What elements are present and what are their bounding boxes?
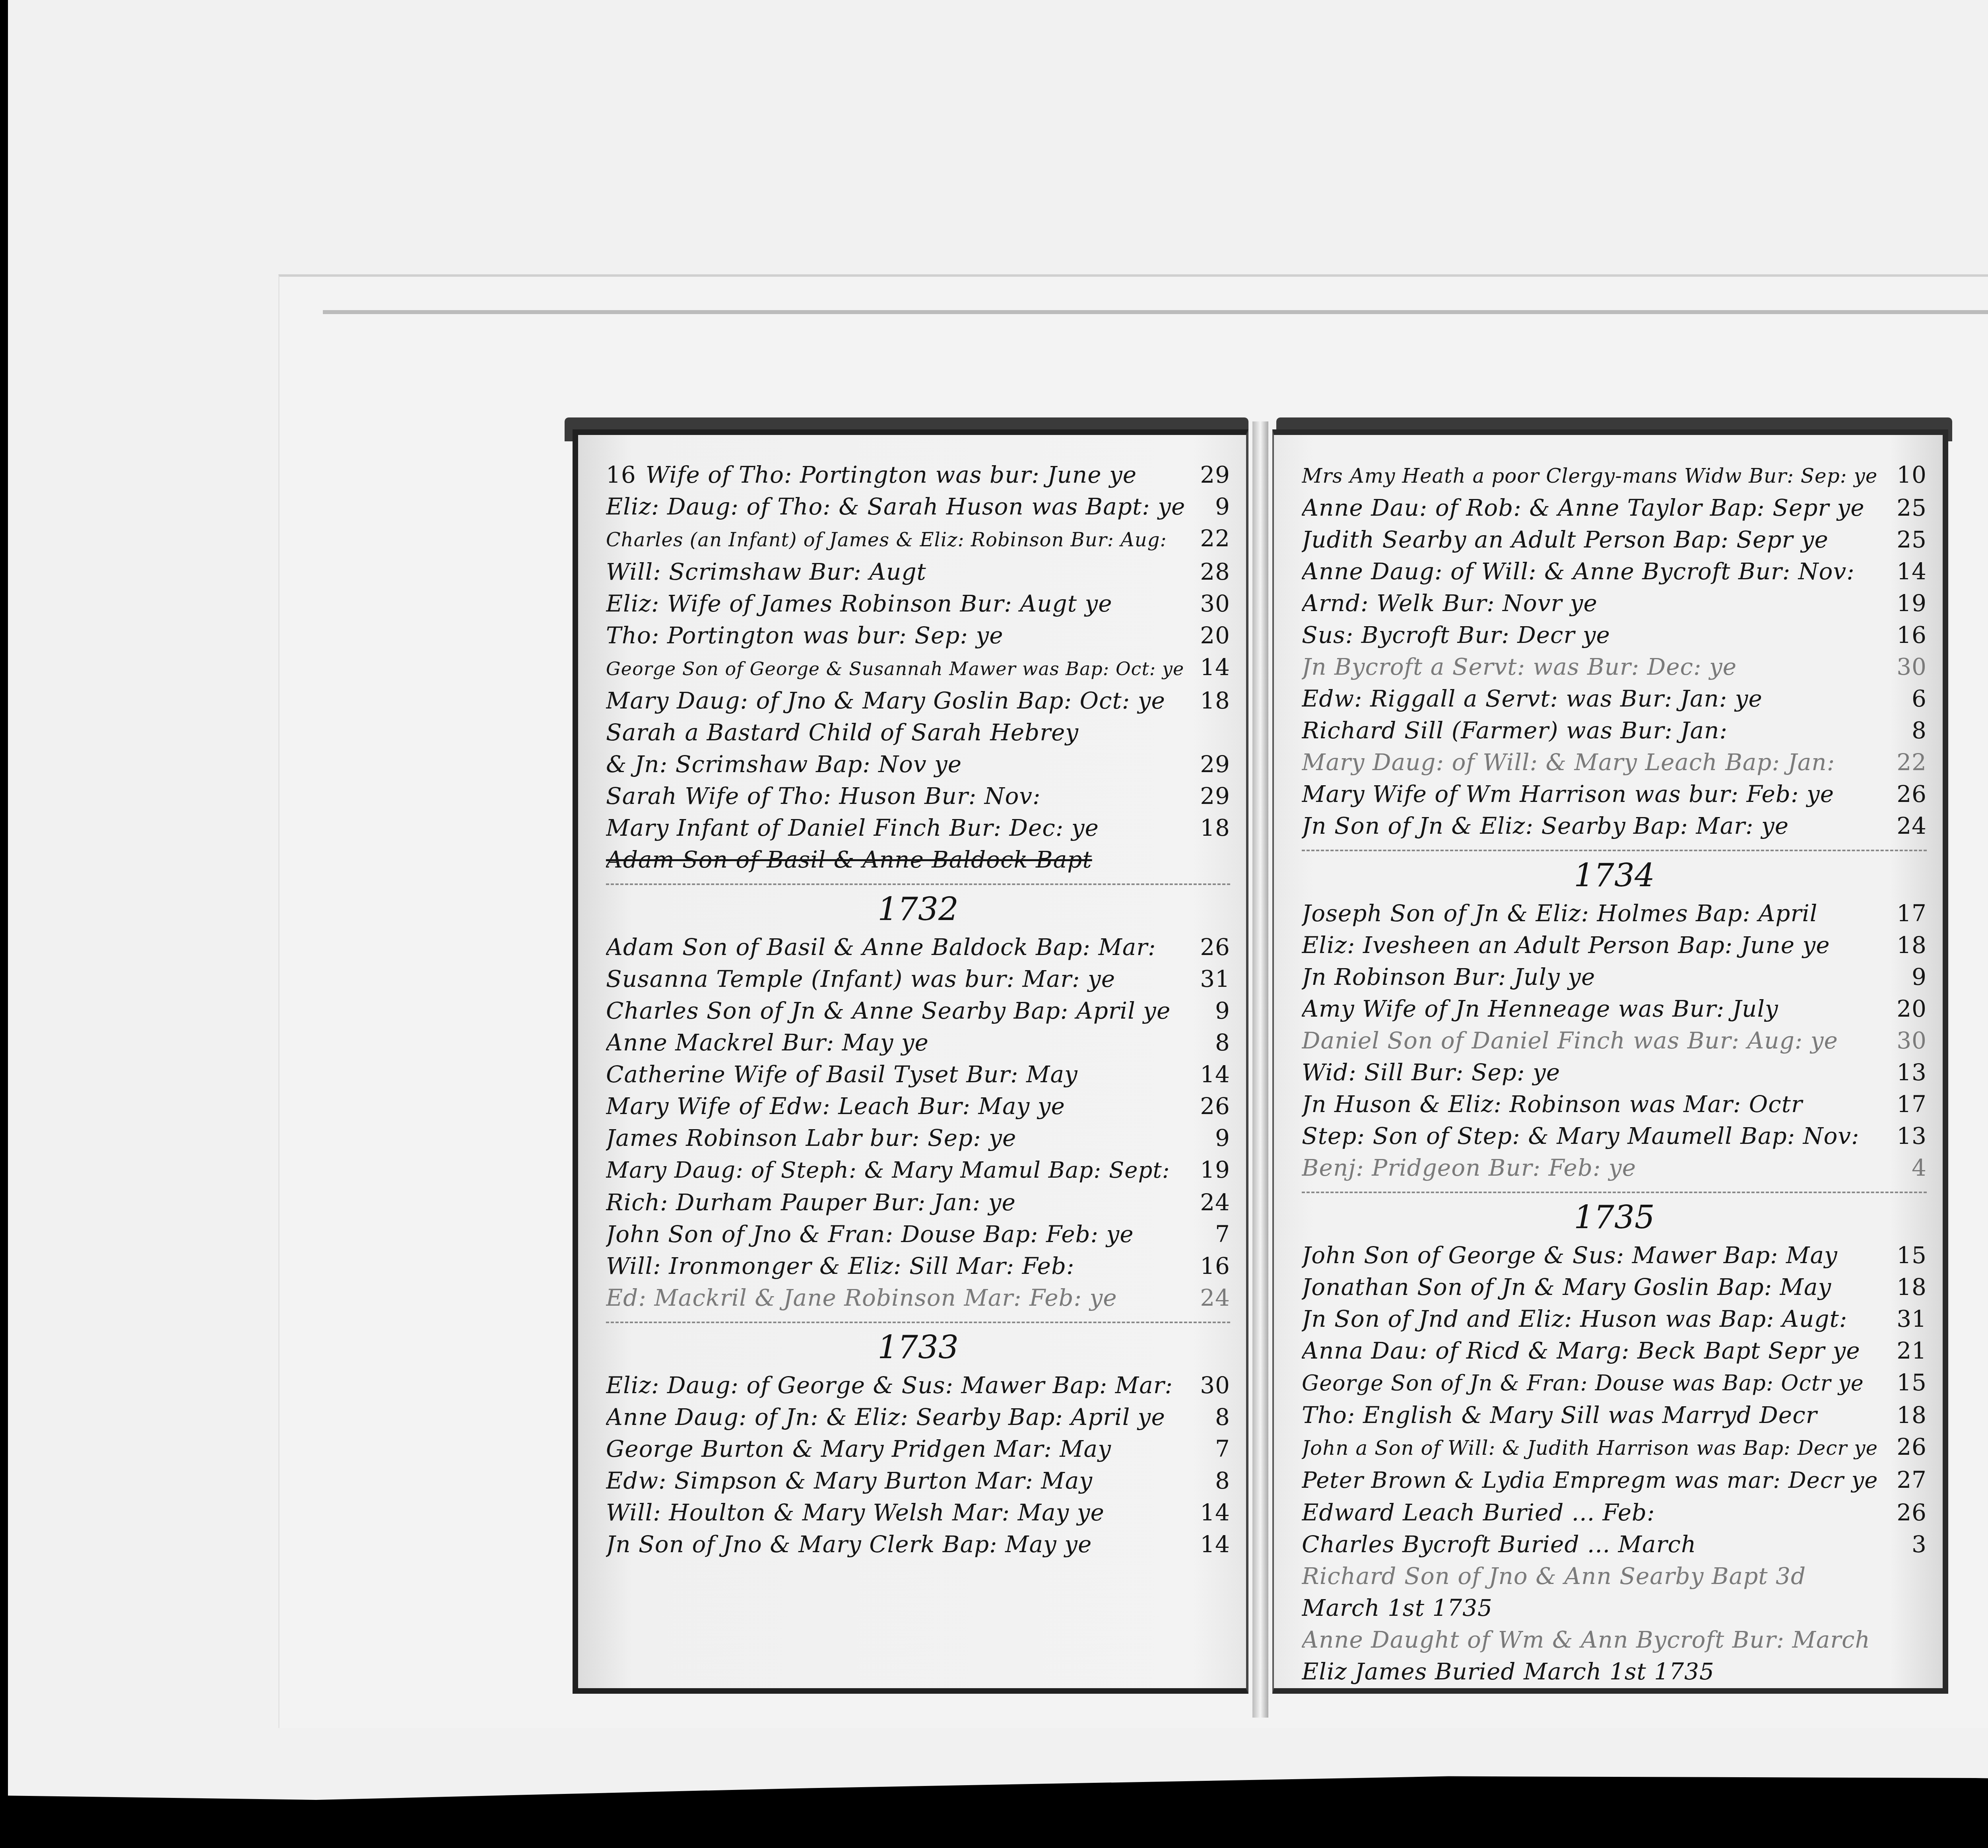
register-entry: Will: Ironmonger & Eliz: Sill Mar: Feb:1…	[606, 1250, 1230, 1282]
entry-day: 8	[1186, 1027, 1230, 1058]
register-entry: Anne Daught of Wm & Ann Bycroft Bur: Mar…	[1302, 1624, 1927, 1656]
entry-text: Jn Son of Jn & Eliz: Searby Bap: Mar: ye	[1302, 810, 1883, 842]
entry-text: Jn Bycroft a Servt: was Bur: Dec: ye	[1302, 651, 1883, 683]
entry-day: 29	[1186, 459, 1230, 491]
register-entry: Anna Dau: of Ricd & Marg: Beck Bapt Sepr…	[1302, 1335, 1927, 1367]
entry-day: 14	[1186, 1497, 1230, 1528]
entry-day: 22	[1883, 746, 1927, 778]
entry-day: 9	[1186, 995, 1230, 1027]
entry-text: Jonathan Son of Jn & Mary Goslin Bap: Ma…	[1302, 1271, 1883, 1303]
entry-day: 24	[1186, 1186, 1230, 1218]
entry-text: Arnd: Welk Bur: Novr ye	[1302, 587, 1883, 619]
entry-day: 18	[1883, 929, 1927, 961]
entry-text: Susanna Temple (Infant) was bur: Mar: ye	[606, 963, 1186, 995]
book-spine	[1252, 421, 1268, 1718]
entry-day: 26	[1883, 1431, 1927, 1463]
entry-text: Anna Dau: of Ricd & Marg: Beck Bapt Sepr…	[1302, 1335, 1883, 1367]
register-entry: & Jn: Scrimshaw Bap: Nov ye29	[606, 748, 1230, 780]
entry-day: 21	[1883, 1335, 1927, 1367]
entry-day: 14	[1186, 651, 1230, 683]
entry-day: 6	[1883, 683, 1927, 714]
register-entry: Eliz: Ivesheen an Adult Person Bap: June…	[1302, 929, 1927, 961]
register-entry: Rich: Durham Pauper Bur: Jan: ye24	[606, 1186, 1230, 1218]
entry-text: Charles (an Infant) of James & Eliz: Rob…	[606, 524, 1186, 556]
register-entry: Benj: Pridgeon Bur: Feb: ye4	[1302, 1152, 1927, 1184]
register-entry: Mary Daug: of Will: & Mary Leach Bap: Ja…	[1302, 746, 1927, 778]
year-heading: 1733	[606, 1322, 1230, 1369]
entry-text: Charles Bycroft Buried ... March	[1302, 1528, 1883, 1560]
register-entry: Mary Wife of Wm Harrison was bur: Feb: y…	[1302, 778, 1927, 810]
entry-text: Rich: Durham Pauper Bur: Jan: ye	[606, 1186, 1186, 1218]
entry-day: 8	[1186, 1465, 1230, 1497]
register-entry: Mary Wife of Edw: Leach Bur: May ye26	[606, 1090, 1230, 1122]
register-entry: John a Son of Will: & Judith Harrison wa…	[1302, 1431, 1927, 1464]
entry-text: Eliz: Daug: of Tho: & Sarah Huson was Ba…	[606, 491, 1186, 522]
entry-day: 19	[1186, 1154, 1230, 1186]
entry-day: 18	[1883, 1399, 1927, 1431]
entry-day: 25	[1883, 524, 1927, 555]
entry-day: 26	[1883, 778, 1927, 810]
entry-day: 29	[1186, 780, 1230, 812]
entry-text: Judith Searby an Adult Person Bap: Sepr …	[1302, 524, 1883, 555]
register-entry: Will: Scrimshaw Bur: Augt28	[606, 556, 1230, 588]
entry-day: 18	[1883, 1271, 1927, 1303]
register-entry: Daniel Son of Daniel Finch was Bur: Aug:…	[1302, 1025, 1927, 1056]
entry-text: Mary Infant of Daniel Finch Bur: Dec: ye	[606, 812, 1186, 844]
entry-day: 22	[1186, 522, 1230, 554]
entry-text: Adam Son of Basil & Anne Baldock Bap: Ma…	[606, 931, 1186, 963]
entry-text: March 1st 1735	[1302, 1592, 1883, 1624]
entry-day: 17	[1883, 1088, 1927, 1120]
entry-text: James Robinson Labr bur: Sep: ye	[606, 1122, 1186, 1154]
entry-day: 7	[1186, 1218, 1230, 1250]
register-entry: John Son of Jno & Fran: Douse Bap: Feb: …	[606, 1218, 1230, 1250]
entry-text: Catherine Wife of Basil Tyset Bur: May	[606, 1058, 1186, 1090]
entry-text: Will: Ironmonger & Eliz: Sill Mar: Feb:	[606, 1250, 1186, 1282]
entry-text: Benj: Pridgeon Bur: Feb: ye	[1302, 1152, 1883, 1184]
register-entry: Jn Huson & Eliz: Robinson was Mar: Octr1…	[1302, 1088, 1927, 1120]
entry-day: 28	[1186, 556, 1230, 588]
entry-day: 31	[1883, 1303, 1927, 1335]
entry-day: 10	[1883, 459, 1927, 491]
entry-text: Anne Dau: of Rob: & Anne Taylor Bap: Sep…	[1302, 492, 1883, 524]
entry-text: Anne Mackrel Bur: May ye	[606, 1027, 1186, 1058]
entry-text: Richard Son of Jno & Ann Searby Bapt 3d	[1302, 1560, 1883, 1592]
entry-text: Edw: Simpson & Mary Burton Mar: May	[606, 1465, 1186, 1497]
register-entry: George Son of George & Susannah Mawer wa…	[606, 651, 1230, 685]
entry-text: Mary Daug: of Will: & Mary Leach Bap: Ja…	[1302, 746, 1883, 778]
register-entry: Joseph Son of Jn & Eliz: Holmes Bap: Apr…	[1302, 897, 1927, 929]
entry-text: Joseph Son of Jn & Eliz: Holmes Bap: Apr…	[1302, 897, 1883, 929]
register-entry: James Robinson Labr bur: Sep: ye9	[606, 1122, 1230, 1154]
register-entry: Arnd: Welk Bur: Novr ye19	[1302, 587, 1927, 619]
register-entry: Susanna Temple (Infant) was bur: Mar: ye…	[606, 963, 1230, 995]
register-entry: Amy Wife of Jn Henneage was Bur: July20	[1302, 993, 1927, 1025]
register-entry: Adam Son of Basil & Anne Baldock Bapt	[606, 844, 1230, 875]
entry-text: George Son of George & Susannah Mawer wa…	[606, 653, 1186, 685]
entry-day: 16	[1883, 619, 1927, 651]
register-entry: Eliz James Buried March 1st 1735	[1302, 1656, 1927, 1687]
entry-day: 26	[1186, 1090, 1230, 1122]
entry-day: 17	[1883, 897, 1927, 929]
entry-text: Edw: Riggall a Servt: was Bur: Jan: ye	[1302, 683, 1883, 714]
register-entry: Jn Bycroft a Servt: was Bur: Dec: ye30	[1302, 651, 1927, 683]
register-entry: Sarah a Bastard Child of Sarah Hebrey	[606, 716, 1230, 748]
register-entry: Jn Son of Jn & Eliz: Searby Bap: Mar: ye…	[1302, 810, 1927, 842]
register-entry: Wid: Sill Bur: Sep: ye13	[1302, 1056, 1927, 1088]
entry-day: 9	[1883, 961, 1927, 993]
entry-text: George Burton & Mary Pridgen Mar: May	[606, 1433, 1186, 1465]
entry-text: Anne Daug: of Will: & Anne Bycroft Bur: …	[1302, 555, 1883, 587]
register-entry: Tho: English & Mary Sill was Marryd Decr…	[1302, 1399, 1927, 1431]
entry-day: 26	[1883, 1497, 1927, 1528]
entry-text: Adam Son of Basil & Anne Baldock Bapt	[606, 844, 1186, 875]
register-entry: Mary Infant of Daniel Finch Bur: Dec: ye…	[606, 812, 1230, 844]
entry-text: Tho: English & Mary Sill was Marryd Decr	[1302, 1399, 1883, 1431]
year-heading: 1735	[1302, 1192, 1927, 1239]
entry-day: 24	[1883, 810, 1927, 842]
year-heading: 1732	[606, 883, 1230, 931]
entry-text: Eliz: Ivesheen an Adult Person Bap: June…	[1302, 929, 1883, 961]
entry-text: Wid: Sill Bur: Sep: ye	[1302, 1056, 1883, 1088]
scan-border-left	[0, 0, 8, 1848]
entry-text: Will: Houlton & Mary Welsh Mar: May ye	[606, 1497, 1186, 1528]
register-entry: Adam Son of Basil & Anne Baldock Bap: Ma…	[606, 931, 1230, 963]
entry-text: Tho: Portington was bur: Sep: ye	[606, 619, 1186, 651]
register-entry: Tho: Portington was bur: Sep: ye20	[606, 619, 1230, 651]
entry-day: 14	[1883, 555, 1927, 587]
register-entry: George Burton & Mary Pridgen Mar: May7	[606, 1433, 1230, 1465]
entry-text: Will: Scrimshaw Bur: Augt	[606, 556, 1186, 588]
register-entry: Jonathan Son of Jn & Mary Goslin Bap: Ma…	[1302, 1271, 1927, 1303]
entry-text: Mary Daug: of Steph: & Mary Mamul Bap: S…	[606, 1155, 1186, 1186]
register-entry: Anne Daug: of Will: & Anne Bycroft Bur: …	[1302, 555, 1927, 587]
entry-day: 25	[1883, 492, 1927, 524]
register-entry: Mary Daug: of Jno & Mary Goslin Bap: Oct…	[606, 685, 1230, 716]
register-entry: Anne Daug: of Jn: & Eliz: Searby Bap: Ap…	[606, 1401, 1230, 1433]
entry-day: 18	[1186, 812, 1230, 844]
entry-text: Richard Sill (Farmer) was Bur: Jan:	[1302, 714, 1883, 746]
register-entry: Step: Son of Step: & Mary Maumell Bap: N…	[1302, 1120, 1927, 1152]
entry-day: 13	[1883, 1120, 1927, 1152]
register-book: 16Wife of Tho: Portington was bur: June …	[561, 421, 1976, 1726]
register-entry: 16Wife of Tho: Portington was bur: June …	[606, 459, 1230, 491]
entry-day: 13	[1883, 1056, 1927, 1088]
entry-text: Sarah a Bastard Child of Sarah Hebrey	[606, 716, 1186, 748]
register-entry: Judith Searby an Adult Person Bap: Sepr …	[1302, 524, 1927, 555]
entry-text: Anne Daug: of Jn: & Eliz: Searby Bap: Ap…	[606, 1401, 1186, 1433]
entry-day: 15	[1883, 1239, 1927, 1271]
register-entry: Peter Brown & Lydia Empregm was mar: Dec…	[1302, 1464, 1927, 1497]
entry-day: 30	[1186, 588, 1230, 619]
register-entry: Jn Son of Jno & Mary Clerk Bap: May ye14	[606, 1528, 1230, 1560]
entry-text: George Son of Jn & Fran: Douse was Bap: …	[1302, 1367, 1883, 1399]
entry-day: 20	[1883, 993, 1927, 1025]
entry-day: 27	[1883, 1464, 1927, 1496]
entry-text: & Jn: Scrimshaw Bap: Nov ye	[606, 748, 1186, 780]
entry-text: Jn Robinson Bur: July ye	[1302, 961, 1883, 993]
entry-text: Anne Daught of Wm & Ann Bycroft Bur: Mar…	[1302, 1624, 1883, 1656]
register-entry: Mary Daug: of Steph: & Mary Mamul Bap: S…	[606, 1154, 1230, 1186]
register-entry: Eliz: Daug: of George & Sus: Mawer Bap: …	[606, 1369, 1230, 1401]
entry-text: Peter Brown & Lydia Empregm was mar: Dec…	[1302, 1465, 1883, 1497]
scan-border-bottom	[0, 1761, 1988, 1848]
register-entry: Jn Son of Jnd and Eliz: Huson was Bap: A…	[1302, 1303, 1927, 1335]
register-entry: Richard Son of Jno & Ann Searby Bapt 3d	[1302, 1560, 1927, 1592]
entry-day: 4	[1883, 1152, 1927, 1184]
entry-text: Charles Son of Jn & Anne Searby Bap: Apr…	[606, 995, 1186, 1027]
register-entry: Jn Robinson Bur: July ye9	[1302, 961, 1927, 993]
entry-day: 30	[1883, 651, 1927, 683]
entry-text: Mary Daug: of Jno & Mary Goslin Bap: Oct…	[606, 685, 1186, 716]
entry-text: Ed: Mackril & Jane Robinson Mar: Feb: ye	[606, 1282, 1186, 1314]
entry-day: 24	[1186, 1282, 1230, 1314]
register-entry: Anne Dau: of Rob: & Anne Taylor Bap: Sep…	[1302, 492, 1927, 524]
register-entry: Mrs Amy Heath a poor Clergy-mans Widw Bu…	[1302, 459, 1927, 492]
entry-day: 31	[1186, 963, 1230, 995]
register-entry: Catherine Wife of Basil Tyset Bur: May14	[606, 1058, 1230, 1090]
entry-day: 15	[1883, 1367, 1927, 1398]
page-number: 16	[606, 459, 636, 491]
entry-text: John Son of Jno & Fran: Douse Bap: Feb: …	[606, 1218, 1186, 1250]
entry-text: Jn Son of Jno & Mary Clerk Bap: May ye	[606, 1528, 1186, 1560]
entry-text: Wife of Tho: Portington was bur: June ye	[646, 459, 1186, 491]
register-entry: Eliz: Daug: of Tho: & Sarah Huson was Ba…	[606, 491, 1230, 522]
register-entry: John Son of George & Sus: Mawer Bap: May…	[1302, 1239, 1927, 1271]
register-entry: Will: Houlton & Mary Welsh Mar: May ye14	[606, 1497, 1230, 1528]
entry-day: 14	[1186, 1528, 1230, 1560]
register-entry: Edw: Simpson & Mary Burton Mar: May8	[606, 1465, 1230, 1497]
entry-text: John a Son of Will: & Judith Harrison wa…	[1302, 1432, 1883, 1464]
entry-day: 26	[1186, 931, 1230, 963]
entry-text: Mary Wife of Wm Harrison was bur: Feb: y…	[1302, 778, 1883, 810]
entry-text: John Son of George & Sus: Mawer Bap: May	[1302, 1239, 1883, 1271]
entry-text: Sarah Wife of Tho: Huson Bur: Nov:	[606, 780, 1186, 812]
entry-text: Edward Leach Buried ... Feb:	[1302, 1497, 1883, 1528]
year-heading: 1734	[1302, 850, 1927, 897]
entry-text: Amy Wife of Jn Henneage was Bur: July	[1302, 993, 1883, 1025]
register-entry: March 1st 1735	[1302, 1592, 1927, 1624]
entry-day: 18	[1186, 685, 1230, 716]
register-entry: Edward Leach Buried ... Feb:26	[1302, 1497, 1927, 1528]
entry-text: Jn Son of Jnd and Eliz: Huson was Bap: A…	[1302, 1303, 1883, 1335]
entry-day: 30	[1883, 1025, 1927, 1056]
register-entry: Charles Son of Jn & Anne Searby Bap: Apr…	[606, 995, 1230, 1027]
entry-text: Mrs Amy Heath a poor Clergy-mans Widw Bu…	[1302, 460, 1883, 492]
entry-text: Eliz James Buried March 1st 1735	[1302, 1656, 1883, 1687]
register-entry: Anne Mackrel Bur: May ye8	[606, 1027, 1230, 1058]
register-entry: Charles (an Infant) of James & Eliz: Rob…	[606, 522, 1230, 556]
left-page: 16Wife of Tho: Portington was bur: June …	[573, 429, 1248, 1694]
entry-day: 8	[1883, 714, 1927, 746]
entry-day: 8	[1186, 1401, 1230, 1433]
register-entry: Eliz: Wife of James Robinson Bur: Augt y…	[606, 588, 1230, 619]
register-entry: Sarah Wife of Tho: Huson Bur: Nov:29	[606, 780, 1230, 812]
entry-text: Sus: Bycroft Bur: Decr ye	[1302, 619, 1883, 651]
entry-text: Mary Wife of Edw: Leach Bur: May ye	[606, 1090, 1186, 1122]
entry-text: Daniel Son of Daniel Finch was Bur: Aug:…	[1302, 1025, 1883, 1056]
entry-day: 9	[1186, 1122, 1230, 1154]
entry-day: 20	[1186, 619, 1230, 651]
register-entry: Edw: Riggall a Servt: was Bur: Jan: ye6	[1302, 683, 1927, 714]
entry-day: 3	[1883, 1528, 1927, 1560]
entry-day: 14	[1186, 1058, 1230, 1090]
register-entry: Sus: Bycroft Bur: Decr ye16	[1302, 619, 1927, 651]
register-entry: Ed: Mackril & Jane Robinson Mar: Feb: ye…	[606, 1282, 1230, 1314]
entry-text: Eliz: Daug: of George & Sus: Mawer Bap: …	[606, 1369, 1186, 1401]
entry-day: 16	[1186, 1250, 1230, 1282]
entry-day: 19	[1883, 587, 1927, 619]
register-entry: Charles Bycroft Buried ... March3	[1302, 1528, 1927, 1560]
entry-text: Step: Son of Step: & Mary Maumell Bap: N…	[1302, 1120, 1883, 1152]
entry-day: 7	[1186, 1433, 1230, 1465]
right-page: Mrs Amy Heath a poor Clergy-mans Widw Bu…	[1272, 429, 1948, 1694]
entry-day: 30	[1186, 1369, 1230, 1401]
entry-text: Eliz: Wife of James Robinson Bur: Augt y…	[606, 588, 1186, 619]
register-entry: Richard Sill (Farmer) was Bur: Jan:8	[1302, 714, 1927, 746]
register-entry: George Son of Jn & Fran: Douse was Bap: …	[1302, 1367, 1927, 1399]
entry-day: 9	[1186, 491, 1230, 522]
entry-day: 29	[1186, 748, 1230, 780]
entry-text: Jn Huson & Eliz: Robinson was Mar: Octr	[1302, 1088, 1883, 1120]
